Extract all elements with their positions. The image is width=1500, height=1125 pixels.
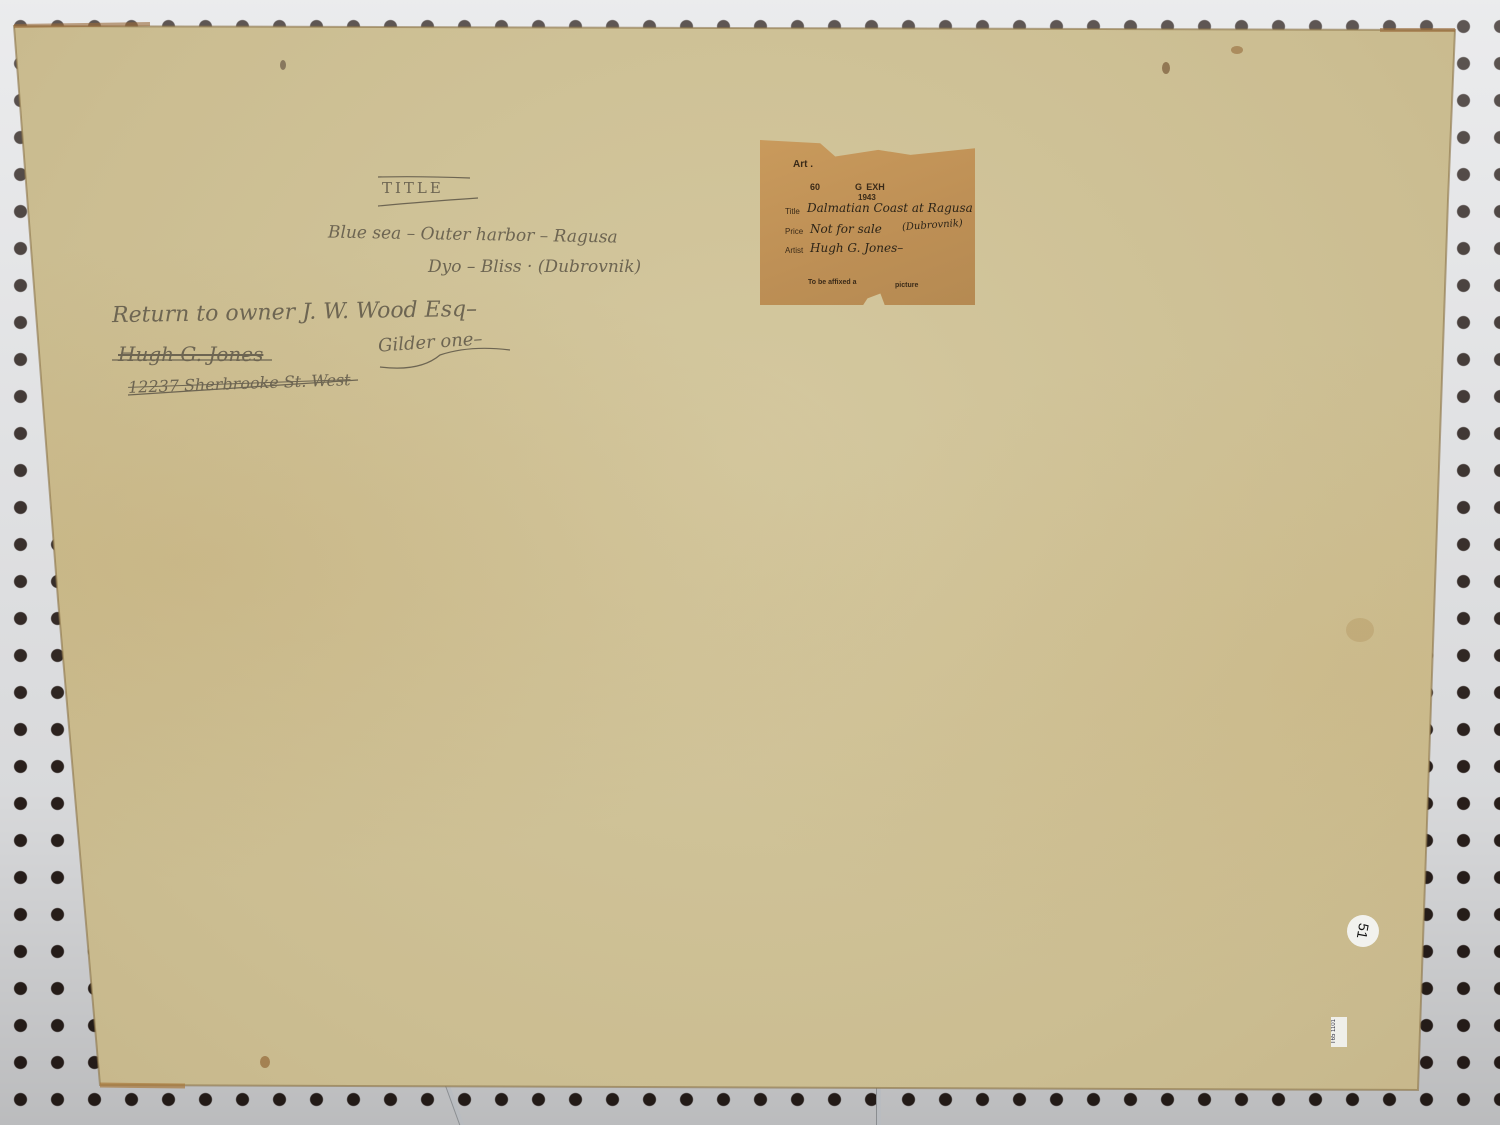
exhibition-label: Art . 60 G EXH 1943 Title Dalmatian Coas… [760,140,975,305]
pencil-title-line2: Dyo – Bliss · (Dubrovnik) [428,257,641,277]
label-line2-right: G EXH [855,182,887,192]
label-header: Art . [793,159,813,170]
label-price-field: Price [785,227,803,236]
label-artist-field: Artist [785,246,803,255]
label-footer-left: To be affixed a [808,279,857,286]
label-artist-value: Hugh G. Jones– [810,241,903,255]
inventory-tag: T65 1101 [1331,1017,1347,1047]
label-line2-left: 60 [810,182,822,192]
label-title-field: Title [785,207,800,216]
label-price-value: Not for sale [810,222,882,236]
label-footer-right: picture [895,282,918,289]
sticker-number: 51 [1354,922,1372,940]
painting-board-back [0,0,1500,1125]
pencil-heading-title: TITLE [382,179,444,197]
label-title-value: Dalmatian Coast at Ragusa [807,201,973,215]
pencil-owner-struck: Hugh G. Jones [118,342,263,366]
label-title-note: (Dubrovnik) [902,218,963,233]
easel-leg-right [876,1085,881,1125]
